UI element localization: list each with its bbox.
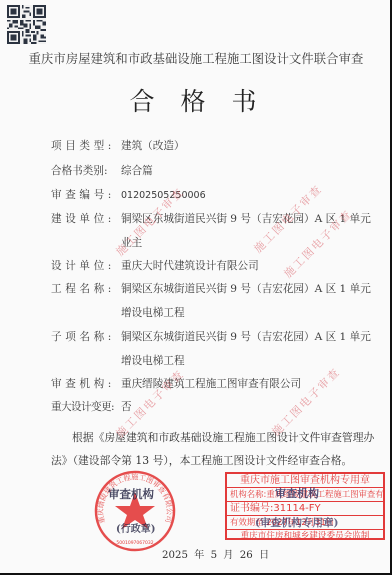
field-design-unit: 设计单位:重庆大时代建筑设计有限公司 <box>51 258 259 273</box>
field-label: 审查编号: <box>51 187 121 202</box>
official-seal-circle: 重庆缙陵建筑工程施工图审查有限公司 5001097067032 审查机构 (行政… <box>94 470 176 552</box>
field-project-type: 项目类型:建筑（改造） <box>51 138 185 153</box>
official-seal-rectangle: 重庆市施工图审查机构专用章 机构名称:重庆缙陵建筑工程施工图审查有限公司 证书编… <box>225 472 385 540</box>
seal-rect-cert-number: 证书编号:31114-FY <box>227 502 383 516</box>
field-project-name: 工程名称:铜梁区东城街道民兴街 9 号（吉宏花园）A 区 1 单元 <box>51 281 371 296</box>
issue-date: 2025 年 5 月 26 日 <box>162 546 269 561</box>
field-label: 设计单位: <box>51 258 121 273</box>
seal-rect-supervisor: 重庆市住房和城乡建设委员会监制 <box>227 530 383 543</box>
field-value: 建筑（改造） <box>121 138 185 153</box>
field-value: 铜梁区东城街道民兴街 9 号（吉宏花园）A 区 1 单元 <box>121 329 371 344</box>
seal-center-text: 审查机构 <box>108 486 154 502</box>
field-value: 综合篇 <box>121 163 153 178</box>
field-construction-unit: 建设单位:铜梁区东城街道民兴街 9 号（吉宏花园）A 区 1 单元 <box>51 211 371 226</box>
statement-line-1: 根据《房屋建筑和市政基础设施工程施工图设计文件审查管理办 <box>72 430 374 445</box>
statement-line-2: 法》（建设部令第 13 号），本工程施工图设计文件经审查合格。 <box>51 453 352 468</box>
field-review-number: 审查编号:01202505250006 <box>51 187 206 202</box>
field-label: 工程名称: <box>51 281 121 296</box>
seal-rect-overlay: (审查机构专用章) <box>255 515 338 530</box>
field-value: 铜梁区东城街道民兴街 9 号（吉宏花园）A 区 1 单元 <box>121 211 371 226</box>
seal-rect-overlay: 审查机构 <box>275 485 319 501</box>
field-label: 建设单位: <box>51 211 121 226</box>
document-header: 重庆市房屋建筑和市政基础设施工程施工图设计文件联合审查 <box>0 49 392 67</box>
field-value: 铜梁区东城街道民兴街 9 号（吉宏花园）A 区 1 单元 <box>121 281 371 296</box>
field-label: 子项名称: <box>51 329 121 344</box>
field-label: 重大设计变更: <box>51 399 121 414</box>
field-value: 重庆缙陵建筑工程施工图审查有限公司 <box>121 376 301 391</box>
document-title: 合格书 <box>0 82 392 118</box>
field-label: 项目类型: <box>51 138 121 153</box>
seal-code: 5001097067032 <box>116 540 153 546</box>
field-review-agency: 审查机构:重庆缙陵建筑工程施工图审查有限公司 <box>51 376 301 391</box>
field-construction-unit-cont: 业主 <box>121 235 142 250</box>
field-value: 重庆大时代建筑设计有限公司 <box>121 258 259 273</box>
field-subitem-name: 子项名称:铜梁区东城街道民兴街 9 号（吉宏花园）A 区 1 单元 <box>51 329 371 344</box>
field-subitem-name-cont: 增设电梯工程 <box>121 353 185 368</box>
field-value: 01202505250006 <box>121 190 206 201</box>
seal-bottom-text: (行政章) <box>116 520 155 535</box>
qr-code-icon <box>7 5 46 44</box>
watermark-text: 施工图电子审查 <box>268 364 344 440</box>
field-major-design-change: 重大设计变更:否 <box>51 399 132 414</box>
field-certificate-category: 合格书类别:综合篇 <box>51 163 153 178</box>
field-value: 否 <box>121 399 132 414</box>
field-project-name-cont: 增设电梯工程 <box>121 305 185 320</box>
field-label: 审查机构: <box>51 376 121 391</box>
certificate-page: 重庆市房屋建筑和市政基础设施工程施工图设计文件联合审查 合格书 项目类型:建筑（… <box>0 0 392 575</box>
field-label: 合格书类别: <box>51 163 121 178</box>
